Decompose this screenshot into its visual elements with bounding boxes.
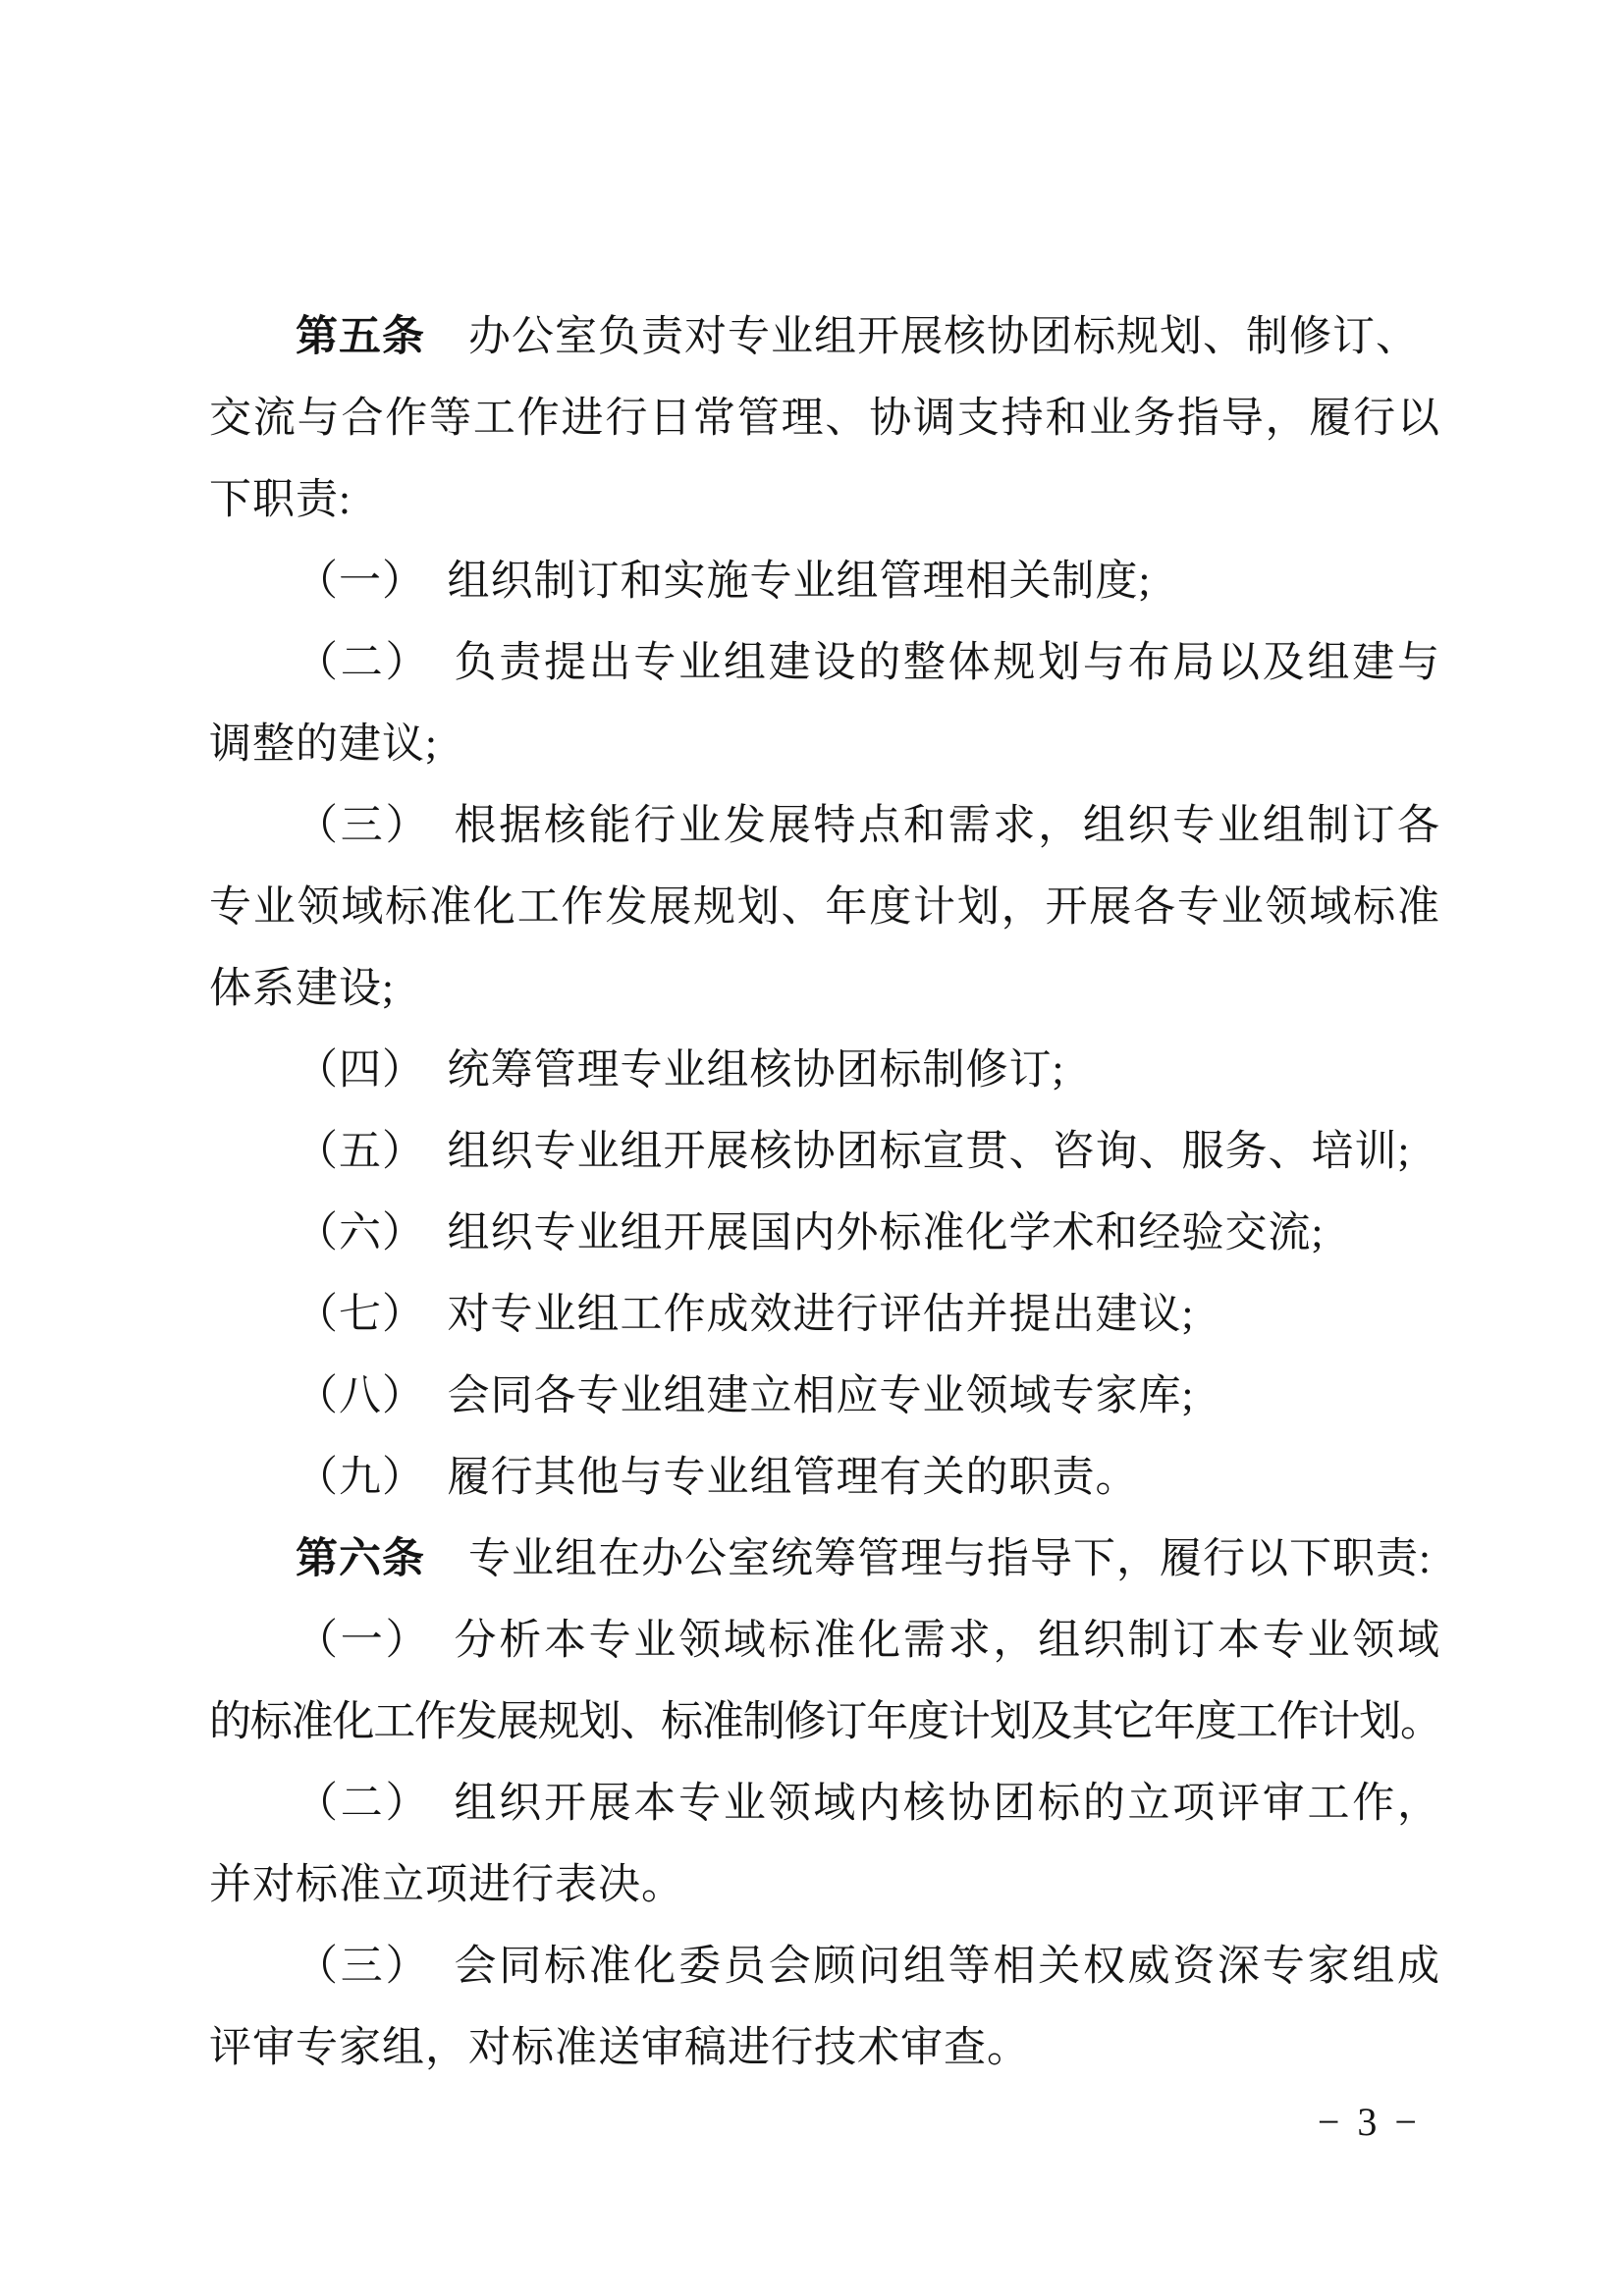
text-line: 第六条 专业组在办公室统筹管理与指导下，履行以下职责: bbox=[209, 1519, 1440, 1600]
text-line: 并对标准立项进行表决。 bbox=[209, 1844, 1440, 1926]
text-line: （九） 履行其他与专业组管理有关的职责。 bbox=[209, 1437, 1440, 1519]
text-line: 评审专家组，对标准送审稿进行技术审查。 bbox=[209, 2007, 1440, 2089]
text-segment: （三） 根据核能行业发展特点和需求，组织专业组制订各 bbox=[296, 803, 1440, 849]
text-line: （五） 组织专业组开展核协团标宣贯、咨询、服务、培训; bbox=[209, 1111, 1440, 1193]
text-segment: （九） 履行其他与专业组管理有关的职责。 bbox=[296, 1455, 1139, 1501]
article-number: 第五条 bbox=[296, 314, 425, 360]
text-segment: 办公室负责对专业组开展核协团标规划、制修订、 bbox=[425, 314, 1419, 360]
text-line: （一） 组织制订和实施专业组管理相关制度; bbox=[209, 541, 1440, 622]
text-segment: 专业组在办公室统筹管理与指导下，履行以下职责: bbox=[425, 1536, 1432, 1582]
document-text: 第五条 办公室负责对专业组开展核协团标规划、制修订、交流与合作等工作进行日常管理… bbox=[209, 296, 1440, 2089]
text-segment: （五） 组织专业组开展核协团标宣贯、咨询、服务、培训; bbox=[296, 1129, 1410, 1175]
text-segment: 专业领域标准化工作发展规划、年度计划，开展各专业领域标准 bbox=[209, 884, 1440, 931]
text-segment: 体系建设; bbox=[209, 966, 395, 1012]
text-line: （四） 统筹管理专业组核协团标制修订; bbox=[209, 1030, 1440, 1111]
text-segment: （八） 会同各专业组建立相应专业领域专家库; bbox=[296, 1373, 1194, 1419]
text-line: 交流与合作等工作进行日常管理、协调支持和业务指导，履行以 bbox=[209, 378, 1440, 459]
text-segment: （二） 负责提出专业组建设的整体规划与布局以及组建与 bbox=[296, 640, 1440, 686]
text-segment: 并对标准立项进行表决。 bbox=[209, 1862, 684, 1908]
article-number: 第六条 bbox=[296, 1536, 425, 1582]
text-segment: 下职责: bbox=[209, 477, 352, 523]
text-segment: 调整的建议; bbox=[209, 721, 438, 768]
text-line: （二） 负责提出专业组建设的整体规划与布局以及组建与 bbox=[209, 622, 1440, 704]
text-line: （一） 分析本专业领域标准化需求，组织制订本专业领域 bbox=[209, 1600, 1440, 1682]
text-segment: （六） 组织专业组开展国内外标准化学术和经验交流; bbox=[296, 1210, 1324, 1256]
text-line: 调整的建议; bbox=[209, 704, 1440, 785]
text-line: （八） 会同各专业组建立相应专业领域专家库; bbox=[209, 1356, 1440, 1437]
document-page: 第五条 办公室负责对专业组开展核协团标规划、制修订、交流与合作等工作进行日常管理… bbox=[0, 0, 1624, 2296]
text-line: 的标准化工作发展规划、标准制修订年度计划及其它年度工作计划。 bbox=[209, 1682, 1440, 1763]
text-segment: （二） 组织开展本专业领域内核协团标的立项评审工作， bbox=[296, 1781, 1440, 1827]
text-segment: （七） 对专业组工作成效进行评估并提出建议; bbox=[296, 1292, 1194, 1338]
page-number: − 3 − bbox=[1318, 2093, 1421, 2152]
text-segment: 的标准化工作发展规划、标准制修订年度计划及其它年度工作计划。 bbox=[209, 1699, 1440, 1745]
text-segment: （三） 会同标准化委员会顾问组等相关权威资深专家组成 bbox=[296, 1944, 1440, 1990]
text-line: （二） 组织开展本专业领域内核协团标的立项评审工作， bbox=[209, 1763, 1440, 1844]
text-segment: （一） 组织制订和实施专业组管理相关制度; bbox=[296, 559, 1151, 605]
text-segment: （四） 统筹管理专业组核协团标制修订; bbox=[296, 1047, 1064, 1094]
text-line: （六） 组织专业组开展国内外标准化学术和经验交流; bbox=[209, 1193, 1440, 1274]
text-line: 专业领域标准化工作发展规划、年度计划，开展各专业领域标准 bbox=[209, 867, 1440, 948]
text-line: 下职责: bbox=[209, 459, 1440, 541]
text-line: （三） 根据核能行业发展特点和需求，组织专业组制订各 bbox=[209, 785, 1440, 867]
text-line: 第五条 办公室负责对专业组开展核协团标规划、制修订、 bbox=[209, 296, 1440, 378]
text-line: 体系建设; bbox=[209, 948, 1440, 1030]
text-segment: （一） 分析本专业领域标准化需求，组织制订本专业领域 bbox=[296, 1618, 1440, 1664]
text-segment: 交流与合作等工作进行日常管理、协调支持和业务指导，履行以 bbox=[209, 396, 1440, 442]
text-line: （三） 会同标准化委员会顾问组等相关权威资深专家组成 bbox=[209, 1926, 1440, 2007]
text-segment: 评审专家组，对标准送审稿进行技术审查。 bbox=[209, 2025, 1030, 2071]
text-line: （七） 对专业组工作成效进行评估并提出建议; bbox=[209, 1274, 1440, 1356]
